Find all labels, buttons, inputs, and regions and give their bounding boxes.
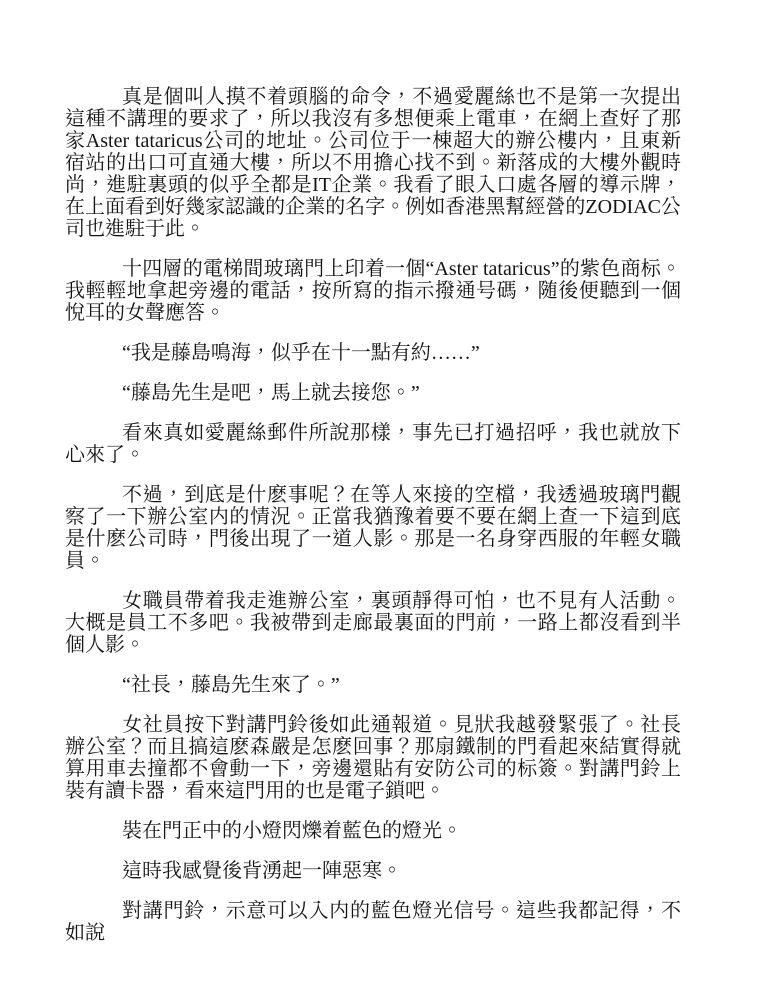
paragraph: 裝在門正中的小燈閃爍着藍色的燈光。 (65, 820, 681, 842)
paragraph: 女社員按下對講門鈴後如此通報道。見狀我越發緊張了。社長辦公室？而且搞這麽森嚴是怎… (65, 714, 681, 802)
paragraph: 不過，到底是什麽事呢？在等人來接的空檔，我透過玻璃門觀察了一下辦公室内的情況。正… (65, 484, 681, 572)
paragraph: 十四層的電梯間玻璃門上印着一個“Aster tataricus”的紫色商标。我輕… (65, 258, 681, 324)
book-page: 真是個叫人摸不着頭腦的命令，不過愛麗絲也不是第一次提出這種不講理的要求了，所以我… (0, 0, 765, 990)
paragraph: 女職員帶着我走進辦公室，裏頭靜得可怕，也不見有人活動。大概是員工不多吧。我被帶到… (65, 590, 681, 656)
paragraph-dialogue: “社長，藤島先生來了。” (65, 674, 681, 696)
paragraph: 看來真如愛麗絲郵件所說那樣，事先已打過招呼，我也就放下心來了。 (65, 422, 681, 466)
paragraph: 真是個叫人摸不着頭腦的命令，不過愛麗絲也不是第一次提出這種不講理的要求了，所以我… (65, 86, 681, 240)
paragraph: 這時我感覺後背湧起一陣惡寒。 (65, 860, 681, 882)
paragraph: 對講門鈴，示意可以入内的藍色燈光信号。這些我都記得，不如說 (65, 900, 681, 944)
paragraph-dialogue: “藤島先生是吧，馬上就去接您。” (65, 382, 681, 404)
paragraph-dialogue: “我是藤島鳴海，似乎在十一點有約……” (65, 342, 681, 364)
